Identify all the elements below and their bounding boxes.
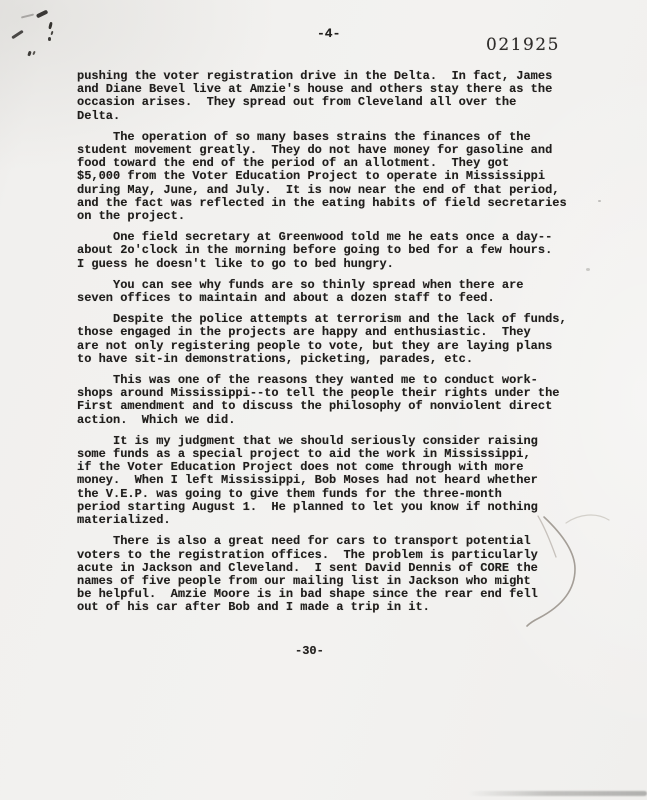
- ink-smudge-mark: [32, 51, 35, 55]
- page-number: -4-: [317, 26, 340, 41]
- ink-smudge-mark: [48, 22, 52, 29]
- scan-edge-shadow: [468, 791, 647, 796]
- ink-smudge-mark: [48, 37, 51, 41]
- ink-smudge-mark: [36, 10, 48, 18]
- body-paragraph-5: Despite the police attempts at terrorism…: [77, 313, 587, 366]
- ink-smudge-mark: [27, 51, 31, 57]
- body-paragraph-6: This was one of the reasons they wanted …: [77, 374, 587, 427]
- body-paragraph-7: It is my judgment that we should serious…: [77, 435, 587, 527]
- body-paragraph-1: pushing the voter registration drive in …: [77, 70, 587, 123]
- document-body: pushing the voter registration drive in …: [77, 70, 587, 623]
- paper-speck: [598, 200, 601, 202]
- body-paragraph-3: One field secretary at Greenwood told me…: [77, 231, 587, 271]
- ink-smudge-mark: [11, 30, 24, 40]
- ink-smudge-mark: [50, 31, 53, 35]
- body-paragraph-4: You can see why funds are so thinly spre…: [77, 279, 587, 305]
- body-paragraph-2: The operation of so many bases strains t…: [77, 131, 587, 223]
- end-of-document-mark: -30-: [295, 644, 324, 658]
- archive-stamp-number: 021925: [486, 35, 560, 55]
- scanned-document-page: -4- 021925 pushing the voter registratio…: [0, 0, 647, 800]
- ink-smudge-mark: [21, 13, 34, 18]
- body-paragraph-8: There is also a great need for cars to t…: [77, 535, 587, 614]
